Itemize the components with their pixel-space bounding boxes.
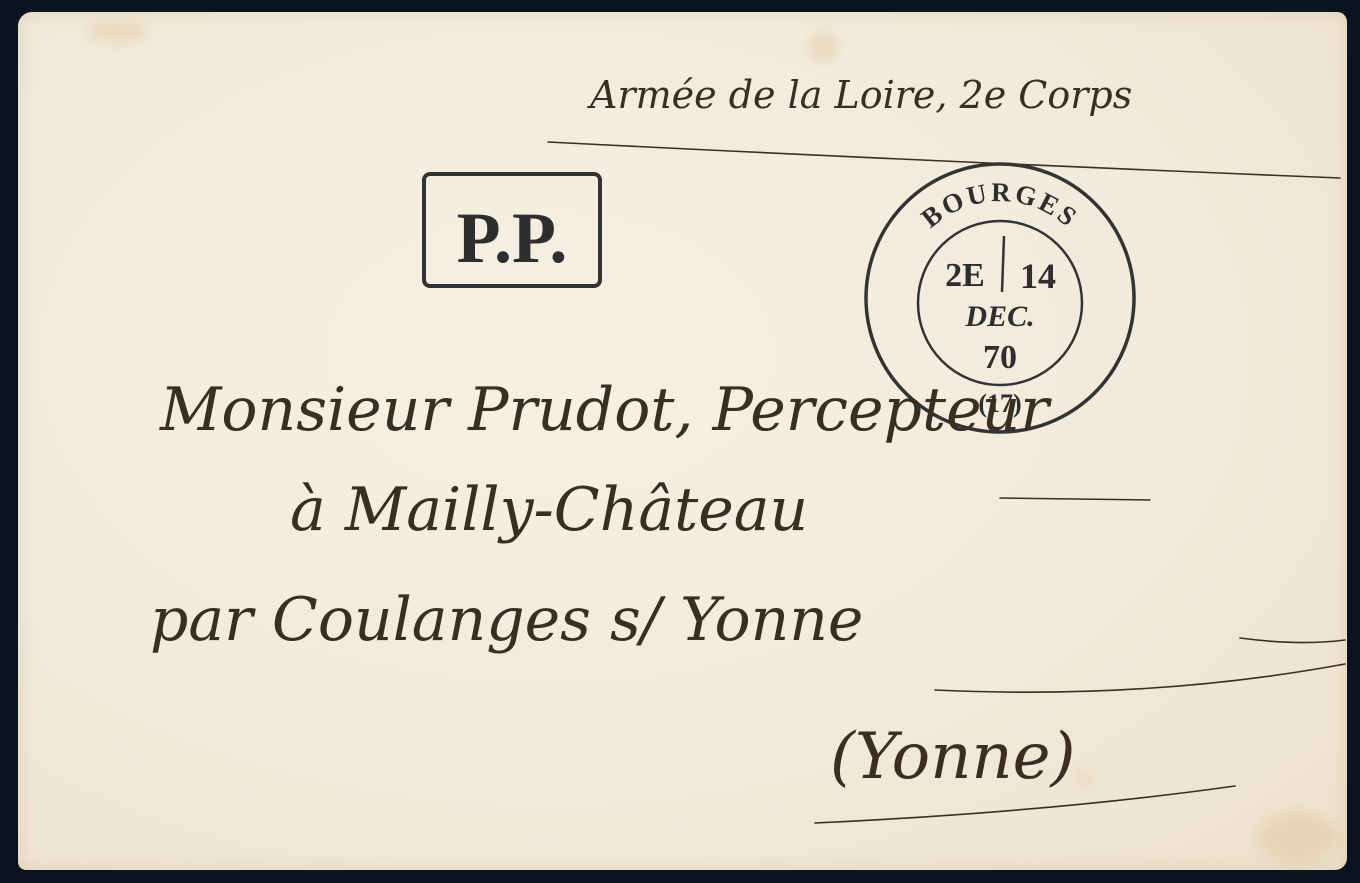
envelope-markings: Armée de la Loire, 2e Corps P.P. BOURGES… — [0, 0, 1360, 883]
pp-cachet: P.P. — [424, 174, 600, 286]
address-line-2: à Mailly-Château — [290, 475, 808, 545]
postmark-month: DEC. — [964, 300, 1034, 333]
address-line-1: Monsieur Prudot, Percepteur — [159, 375, 1052, 445]
pp-cachet-text: P.P. — [457, 198, 568, 278]
address-line-3: par Coulanges s/ Yonne — [150, 585, 863, 655]
endorsement-underline — [548, 142, 1340, 178]
postmark-year: 70 — [983, 339, 1017, 376]
postmark-day: 14 — [1020, 256, 1056, 296]
line3-flourish — [1240, 638, 1345, 643]
endorsement-text: Armée de la Loire, 2e Corps — [587, 73, 1132, 117]
postmark-divider — [1002, 236, 1004, 292]
circumflex-flourish — [1000, 498, 1150, 500]
postmark-collection: 2E — [945, 257, 985, 294]
address-line-4: (Yonne) — [830, 720, 1075, 794]
postmark-town: BOURGES — [916, 177, 1085, 234]
line3-underline — [935, 664, 1345, 692]
